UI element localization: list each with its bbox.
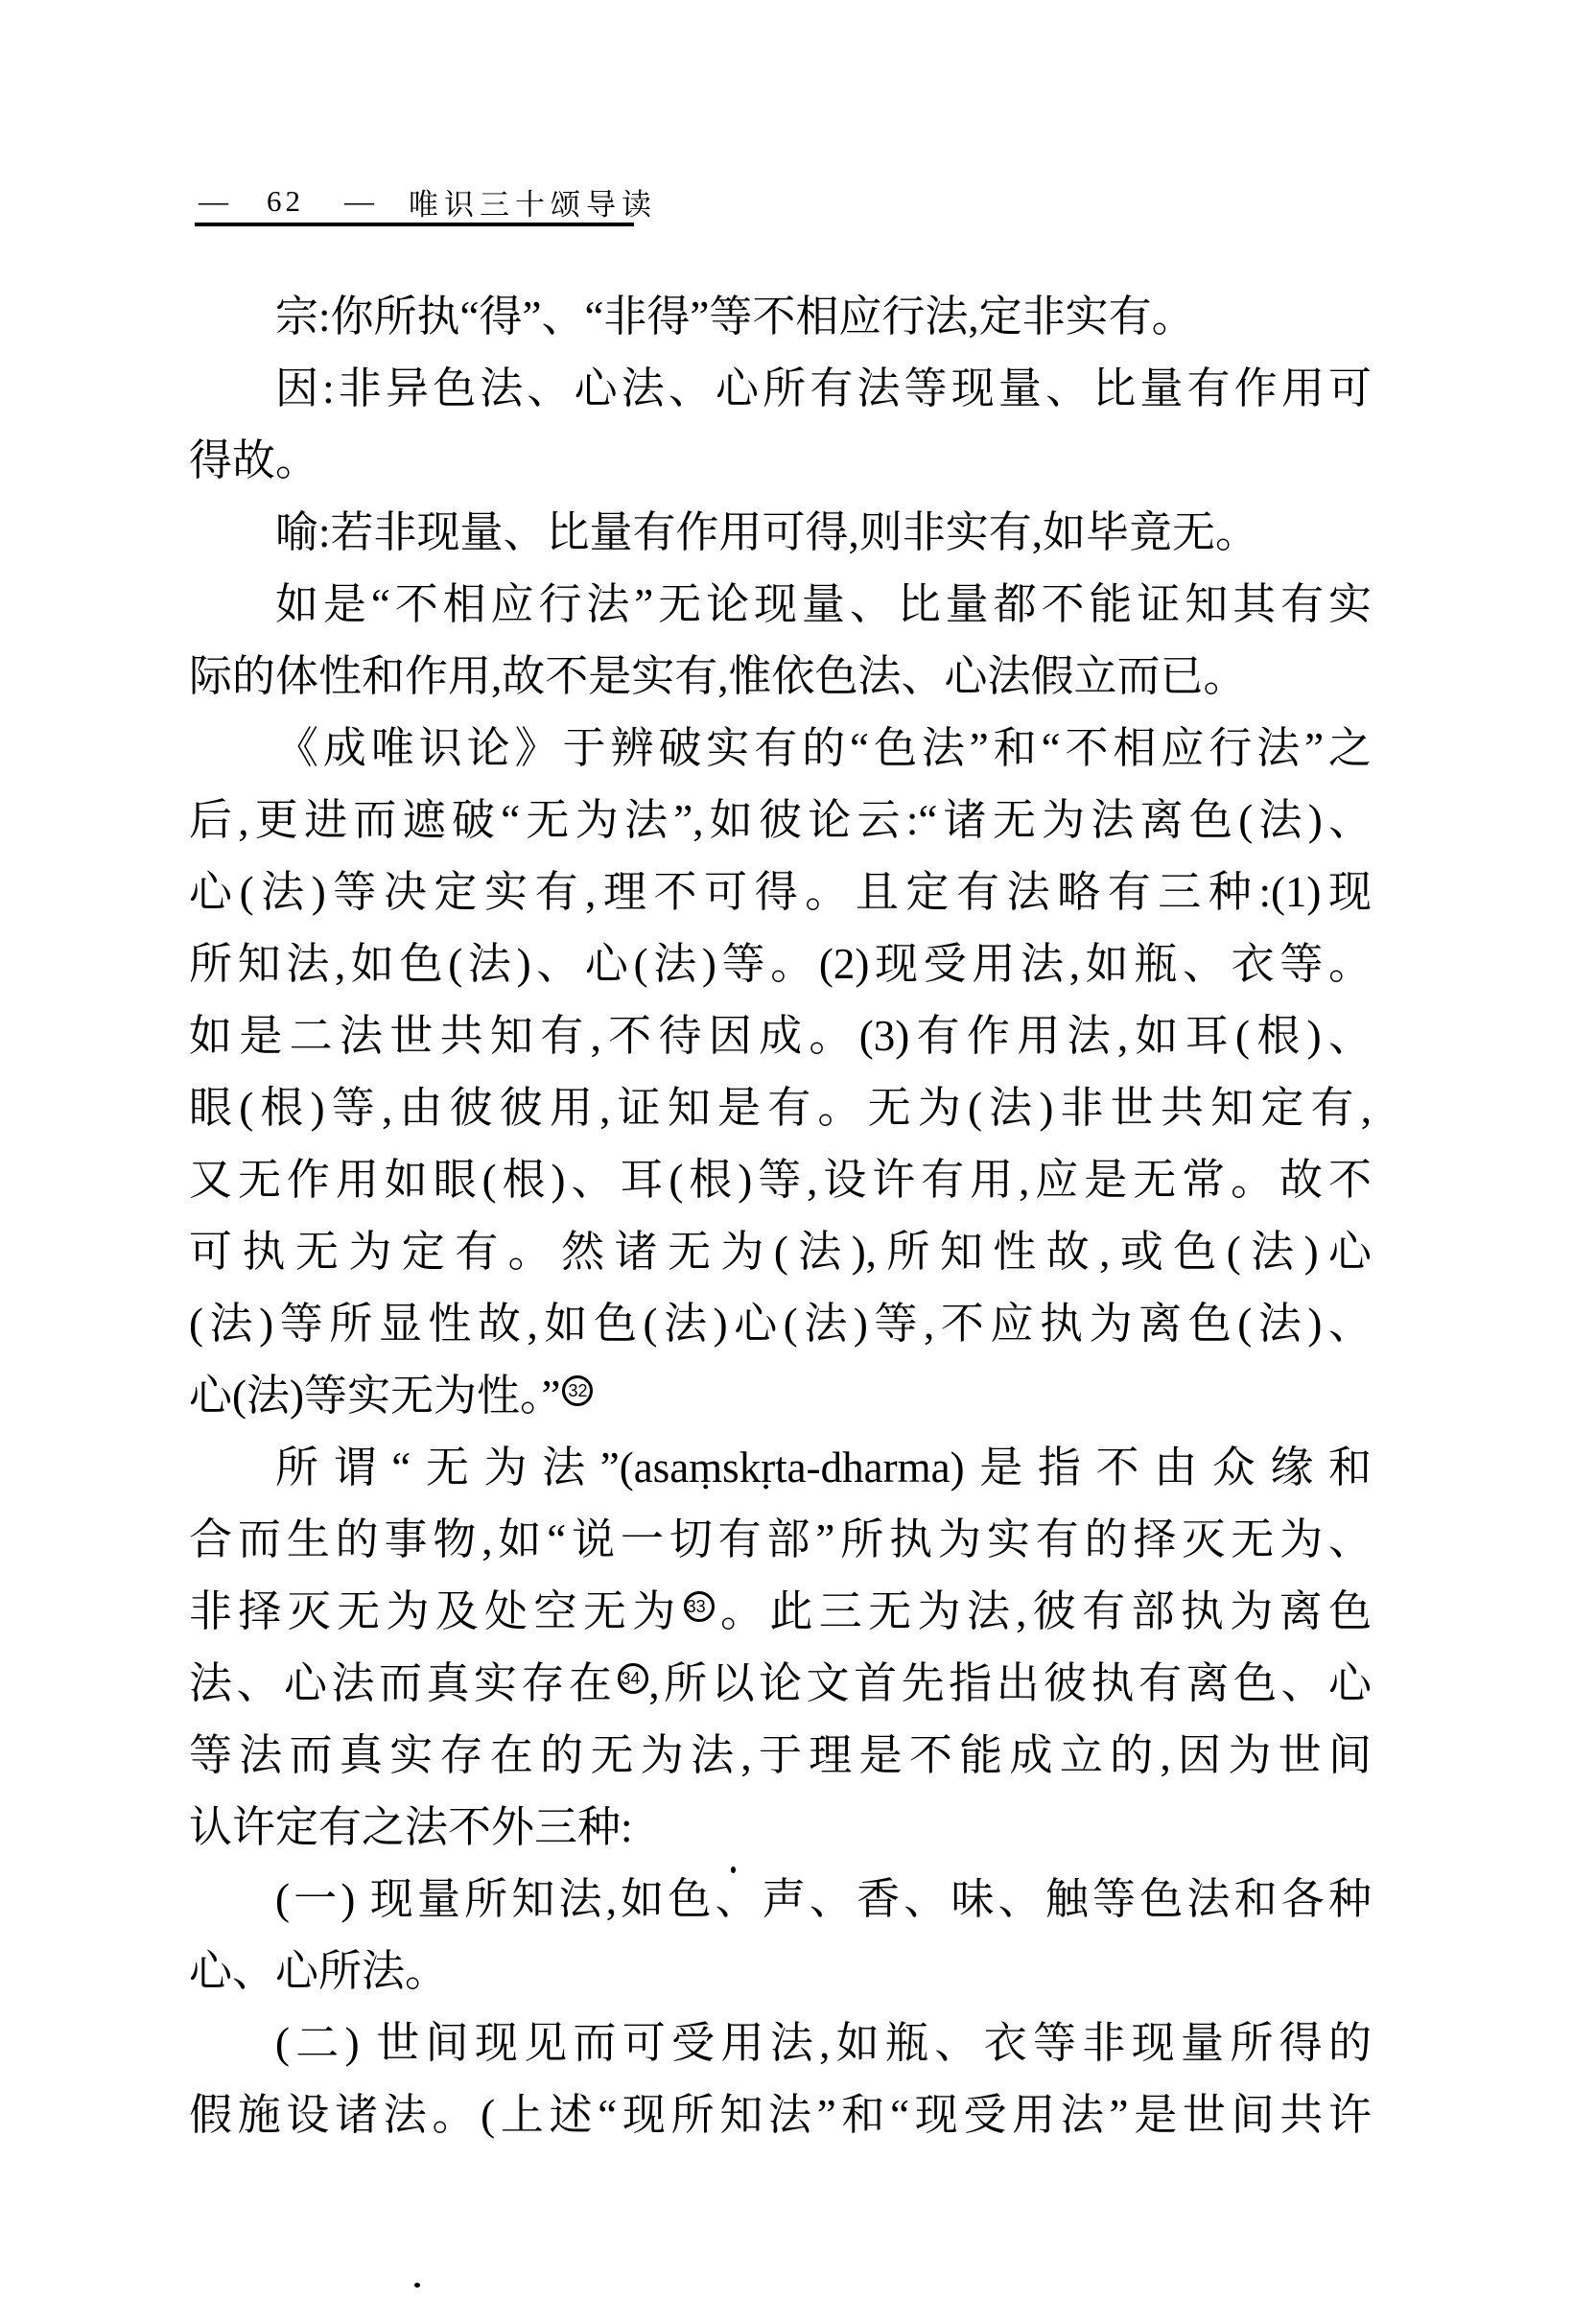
paragraph: 宗:你所执“得”、“非得”等不相应行法,定非实有。 bbox=[189, 281, 1372, 353]
text-line: (二) 世间现见而可受用法,如瓶、衣等非现量所得的 bbox=[189, 2008, 1372, 2079]
text-line: 因:非异色法、心法、心所有法等现量、比量有作用可 bbox=[189, 353, 1372, 425]
text-line: 际的体性和作用,故不是实有,惟依色法、心法假立而已。 bbox=[189, 641, 1372, 713]
footnote-ref: 32 bbox=[562, 1375, 593, 1406]
header-dash-right: — bbox=[344, 184, 374, 219]
text-line: 心(法)等实无为性。”32 bbox=[189, 1360, 1372, 1432]
header-dash-left: — bbox=[199, 184, 228, 219]
paragraph: 喻:若非现量、比量有作用可得,则非实有,如毕竟无。 bbox=[189, 497, 1372, 569]
text-body: 宗:你所执“得”、“非得”等不相应行法,定非实有。因:非异色法、心法、心所有法等… bbox=[189, 281, 1372, 2151]
text-line: 如是“不相应行法”无论现量、比量都不能证知其有实 bbox=[189, 569, 1372, 641]
text-line: 认许定有之法不外三种: bbox=[189, 1792, 1372, 1864]
paragraph: (一) 现量所知法,如色、声、香、味、触等色法和各种心、心所法。 bbox=[189, 1864, 1372, 2008]
paragraph: 所谓“无为法”(asaṃskṛta-dharma)是指不由众缘和合而生的事物,如… bbox=[189, 1432, 1372, 1864]
ink-speck bbox=[731, 1867, 736, 1873]
text-line: 合而生的事物,如“说一切有部”所执为实有的择灭无为、 bbox=[189, 1504, 1372, 1576]
text-line: 非择灭无为及处空无为33。此三无为法,彼有部执为离色 bbox=[189, 1576, 1372, 1648]
text-line: 《成唯识论》于辨破实有的“色法”和“不相应行法”之 bbox=[189, 713, 1372, 785]
paragraph: (二) 世间现见而可受用法,如瓶、衣等非现量所得的假施设诸法。(上述“现所知法”… bbox=[189, 2008, 1372, 2151]
text-line: 所谓“无为法”(asaṃskṛta-dharma)是指不由众缘和 bbox=[189, 1432, 1372, 1504]
paragraph: 《成唯识论》于辨破实有的“色法”和“不相应行法”之后,更进而遮破“无为法”,如彼… bbox=[189, 713, 1372, 1432]
text-line: 可执无为定有。然诸无为(法),所知性故,或色(法)心 bbox=[189, 1216, 1372, 1288]
header-rule bbox=[195, 223, 634, 226]
book-title: 唯识三十颂导读 bbox=[409, 180, 657, 223]
paragraph: 如是“不相应行法”无论现量、比量都不能证知其有实际的体性和作用,故不是实有,惟依… bbox=[189, 569, 1372, 713]
paragraph: 因:非异色法、心法、心所有法等现量、比量有作用可得故。 bbox=[189, 353, 1372, 497]
text-line: 眼(根)等,由彼彼用,证知是有。无为(法)非世共知定有, bbox=[189, 1072, 1372, 1144]
text-line: (一) 现量所知法,如色、声、香、味、触等色法和各种 bbox=[189, 1864, 1372, 1936]
text-line: 宗:你所执“得”、“非得”等不相应行法,定非实有。 bbox=[189, 281, 1372, 353]
text-line: 喻:若非现量、比量有作用可得,则非实有,如毕竟无。 bbox=[189, 497, 1372, 569]
text-line: 心(法)等决定实有,理不可得。且定有法略有三种:(1)现 bbox=[189, 857, 1372, 928]
text-line: 假施设诸法。(上述“现所知法”和“现受用法”是世间共许 bbox=[189, 2079, 1372, 2151]
footnote-ref: 33 bbox=[684, 1591, 715, 1622]
text-line: 等法而真实存在的无为法,于理是不能成立的,因为世间 bbox=[189, 1720, 1372, 1792]
page-header: — 62 — 唯识三十颂导读 bbox=[199, 182, 657, 221]
page-number: 62 bbox=[267, 184, 304, 219]
text-line: 又无作用如眼(根)、耳(根)等,设许有用,应是无常。故不 bbox=[189, 1144, 1372, 1216]
text-line: 所知法,如色(法)、心(法)等。(2)现受用法,如瓶、衣等。 bbox=[189, 928, 1372, 1000]
text-line: (法)等所显性故,如色(法)心(法)等,不应执为离色(法)、 bbox=[189, 1288, 1372, 1360]
text-line: 法、心法而真实存在34,所以论文首先指出彼执有离色、心 bbox=[189, 1648, 1372, 1720]
text-line: 得故。 bbox=[189, 425, 1372, 497]
footnote-ref: 34 bbox=[618, 1663, 648, 1694]
text-line: 后,更进而遮破“无为法”,如彼论云:“诸无为法离色(法)、 bbox=[189, 785, 1372, 857]
book-page: — 62 — 唯识三十颂导读 宗:你所执“得”、“非得”等不相应行法,定非实有。… bbox=[0, 0, 1596, 2301]
text-line: 心、心所法。 bbox=[189, 1936, 1372, 2008]
text-line: 如是二法世共知有,不待因成。(3)有作用法,如耳(根)、 bbox=[189, 1000, 1372, 1072]
ink-speck bbox=[414, 2283, 420, 2288]
